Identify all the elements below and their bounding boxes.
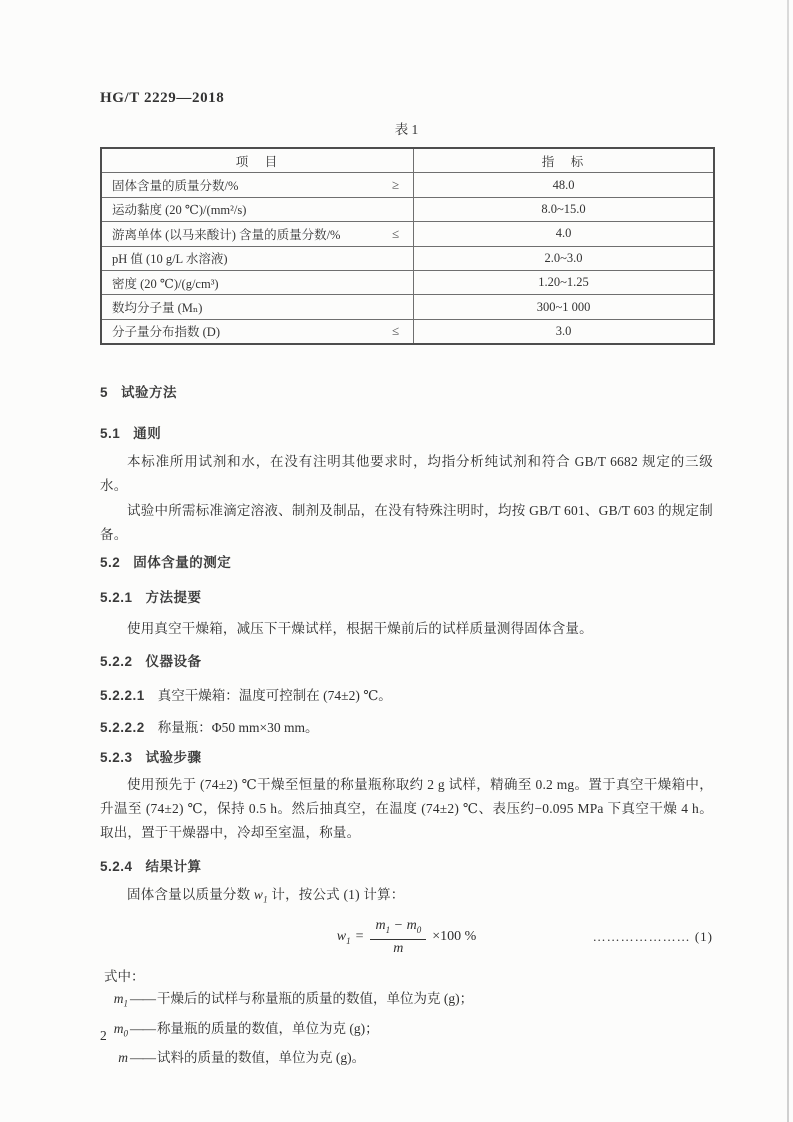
term-dash: —— (130, 1046, 155, 1070)
item-label: 固体含量的质量分数/% (112, 176, 238, 194)
section-heading-5-2-2: 5.2.2仪器设备 (100, 652, 713, 671)
item-label: 数均分子量 (Mₙ) (112, 298, 202, 316)
term-symbol: m (102, 1046, 128, 1075)
section-number: 5.2.3 (100, 750, 133, 765)
section-heading-5-2-4: 5.2.4结果计算 (100, 857, 713, 876)
section-number: 5 (100, 385, 108, 400)
page-content: HG/T 2229—2018 表 1 项 目 指 标 固体含量的质量分数/%≥ … (100, 88, 713, 1075)
formula-multiplier: ×100 % (432, 929, 476, 945)
section-title: 试验方法 (121, 385, 177, 400)
item-label: 运动黏度 (20 ℃)/(mm²/s) (112, 200, 246, 218)
indicator-value: 300~1 000 (414, 295, 714, 319)
section-title: 结果计算 (146, 859, 202, 874)
term-description: 试料的质量的数值，单位为克 (g)。 (157, 1046, 713, 1070)
paragraph-5-1-b: 试验中所需标准滴定溶液、制剂及制品，在没有特殊注明时，均按 GB/T 601、G… (100, 499, 713, 548)
term-dash: —— (130, 1017, 155, 1041)
section-title: 固体含量的测定 (133, 555, 231, 570)
section-number: 5.2 (100, 555, 120, 570)
section-heading-5-2-1: 5.2.1方法提要 (100, 588, 713, 607)
clause-5-2-2-2: 5.2.2.2称量瓶：Φ50 mm×30 mm。 (100, 717, 713, 739)
formula-intro-prefix: 固体含量以质量分数 (127, 887, 254, 902)
column-header-indicator: 指 标 (414, 148, 714, 173)
indicator-value: 3.0 (414, 319, 714, 344)
equals-sign: = (356, 929, 364, 945)
section-title: 仪器设备 (146, 654, 202, 669)
indicator-value: 4.0 (414, 222, 714, 246)
formula-term-definition: m —— 试料的质量的数值，单位为克 (g)。 (100, 1046, 713, 1075)
section-number: 5.2.1 (100, 590, 133, 605)
item-label: 分子量分布指数 (D) (112, 322, 220, 340)
paragraph-5-2-1: 使用真空干燥箱，减压下干燥试样，根据干燥前后的试样质量测得固体含量。 (100, 617, 713, 641)
indicator-value: 48.0 (414, 173, 714, 197)
indicator-value: 1.20~1.25 (414, 270, 714, 294)
spec-table: 项 目 指 标 固体含量的质量分数/%≥ 48.0 运动黏度 (20 ℃)/(m… (100, 147, 715, 345)
where-label: 式中： (100, 967, 713, 987)
page-number: 2 (100, 1028, 107, 1044)
clause-text: 称量瓶：Φ50 mm×30 mm。 (158, 720, 319, 735)
section-number: 5.1 (100, 426, 120, 441)
section-title: 试验步骤 (146, 750, 202, 765)
relation-symbol: ≥ (392, 177, 403, 193)
table-row: 游离单体 (以马来酸计) 含量的质量分数/%≤ 4.0 (101, 222, 714, 246)
clause-number: 5.2.2.2 (100, 720, 145, 735)
dots-leader: ………………… (593, 929, 691, 944)
item-label: 密度 (20 ℃)/(g/cm³) (112, 274, 219, 292)
section-heading-5-2-3: 5.2.3试验步骤 (100, 748, 713, 767)
paragraph-5-2-4: 固体含量以质量分数 w1 计，按公式 (1) 计算： (100, 883, 713, 912)
document-page: HG/T 2229—2018 表 1 项 目 指 标 固体含量的质量分数/%≥ … (0, 0, 793, 1122)
clause-number: 5.2.2.1 (100, 688, 145, 703)
relation-symbol: ≤ (392, 323, 403, 339)
section-title: 方法提要 (146, 590, 202, 605)
term-description: 称量瓶的质量的数值，单位为克 (g)； (157, 1017, 713, 1041)
indicator-value: 8.0~15.0 (414, 197, 714, 221)
item-label: pH 值 (10 g/L 水溶液) (112, 249, 228, 267)
fraction-numerator: m1 − m0 (370, 918, 426, 940)
paragraph-5-1-a: 本标准所用试剂和水，在没有注明其他要求时，均指分析纯试剂和符合 GB/T 668… (100, 450, 713, 499)
section-number: 5.2.2 (100, 654, 133, 669)
clause-5-2-2-1: 5.2.2.1真空干燥箱：温度可控制在 (74±2) ℃。 (100, 685, 713, 707)
formula-term-definition: m0 —— 称量瓶的质量的数值，单位为克 (g)； (100, 1017, 713, 1046)
standard-code-header: HG/T 2229—2018 (100, 88, 713, 108)
term-description: 干燥后的试样与称量瓶的质量的数值，单位为克 (g)； (157, 987, 713, 1011)
relation-symbol: ≤ (392, 226, 403, 242)
clause-text: 真空干燥箱：温度可控制在 (74±2) ℃。 (158, 688, 392, 703)
table-header-row: 项 目 指 标 (101, 148, 714, 173)
section-heading-5-1: 5.1通则 (100, 424, 713, 443)
table-row: 运动黏度 (20 ℃)/(mm²/s) 8.0~15.0 (101, 197, 714, 221)
section-number: 5.2.4 (100, 859, 133, 874)
table-row: 分子量分布指数 (D)≤ 3.0 (101, 319, 714, 344)
formula-term-definition: m1 —— 干燥后的试样与称量瓶的质量的数值，单位为克 (g)； (100, 987, 713, 1016)
formula-intro-suffix: 计，按公式 (1) 计算： (268, 887, 405, 902)
section-title: 通则 (133, 426, 161, 441)
term-symbol: m1 (102, 987, 128, 1016)
paragraph-5-2-3: 使用预先于 (74±2) ℃干燥至恒量的称量瓶称取约 2 g 试样，精确至 0.… (100, 773, 713, 846)
column-header-item: 项 目 (101, 148, 414, 173)
fraction-denominator: m (393, 940, 403, 957)
section-heading-5-2: 5.2固体含量的测定 (100, 553, 713, 572)
variable-w1: w1 (254, 887, 268, 902)
equation-number: ………………… (1) (593, 929, 713, 945)
formula-1: w1 = m1 − m0 m ×100 % ………………… (1) (100, 915, 713, 959)
table-row: pH 值 (10 g/L 水溶液) 2.0~3.0 (101, 246, 714, 270)
table-row: 数均分子量 (Mₙ) 300~1 000 (101, 295, 714, 319)
table-row: 密度 (20 ℃)/(g/cm³) 1.20~1.25 (101, 270, 714, 294)
indicator-value: 2.0~3.0 (414, 246, 714, 270)
item-label: 游离单体 (以马来酸计) 含量的质量分数/% (112, 225, 340, 243)
scan-edge-shadow (787, 0, 789, 1122)
section-heading-5: 5试验方法 (100, 383, 713, 402)
table-caption: 表 1 (100, 120, 713, 139)
fraction: m1 − m0 m (370, 918, 426, 957)
table-row: 固体含量的质量分数/%≥ 48.0 (101, 173, 714, 197)
term-dash: —— (130, 987, 155, 1011)
formula-lhs: w1 (337, 929, 351, 946)
